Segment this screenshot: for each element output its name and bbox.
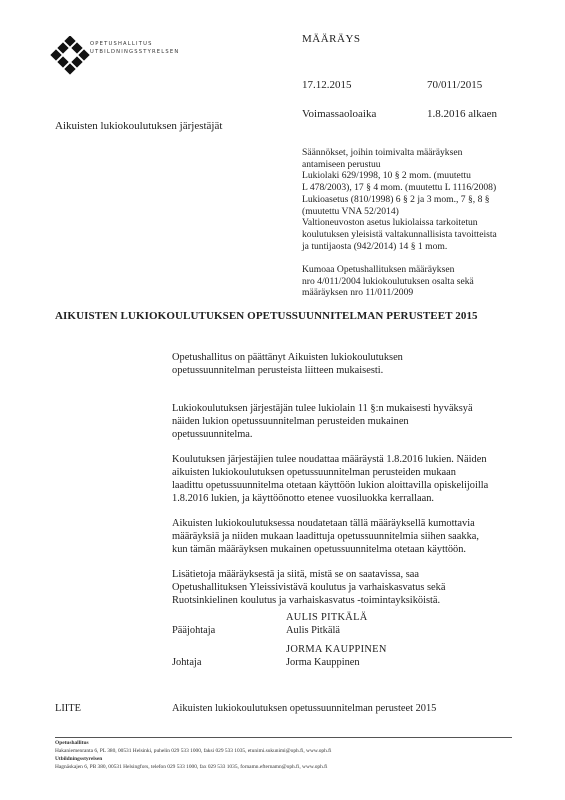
footer: Opetushallitus Hakaniemenranta 6, PL 380… [55,739,331,771]
legal-line: Säännökset, joihin toimivalta määräyksen [302,147,497,159]
legal-line: (muutettu VNA 52/2014) [302,206,497,218]
legal-line: Lukiolaki 629/1998, 10 § 2 mom. (muutett… [302,170,497,182]
recipient: Aikuisten lukiokoulutuksen järjestäjät [55,120,222,132]
attachment-label: LIITE [55,703,81,714]
organization-name-fi: OPETUSHALLITUS [90,40,179,48]
paragraph-line: kun tämän määräyksen mukainen opetussuun… [172,544,532,557]
paragraph-line: määräyksiä ja niiden mukaan laadittuja o… [172,531,532,544]
legal-line: koulutuksen yleisistä valtakunnallisista… [302,229,497,241]
legal-line: Valtioneuvoston asetus lukiolaissa tarko… [302,217,497,229]
diamond-grid-logo-icon [50,36,90,76]
repeal-line: määräyksen nro 11/011/2009 [302,287,497,299]
paragraph-line: Opetushallituksen Yleissivistävä koulutu… [172,582,532,595]
document-type: MÄÄRÄYS [302,33,361,45]
validity-value: 1.8.2016 alkaen [427,108,497,120]
footer-address-fi: Hakaniemenranta 6, PL 380, 00531 Helsink… [55,747,331,755]
paragraph: Aikuisten lukiokoulutuksessa noudatetaan… [172,518,532,556]
signature-name: Jorma Kauppinen [286,657,360,668]
organization-name: OPETUSHALLITUS UTBILDNINGSSTYRELSEN [90,40,179,56]
repeal-line: nro 4/011/2004 lukiokoulutuksen osalta s… [302,276,497,288]
paragraph-line: opetussuunnitelman perusteista liitteen … [172,365,532,378]
footer-address-sv: Hagnäskajen 6, PB 380, 00531 Helsingfors… [55,763,331,771]
signature-name: Aulis Pitkälä [286,625,340,636]
footer-org-fi: Opetushallitus [55,739,331,747]
signature-name-caps: JORMA KAUPPINEN [286,644,387,655]
attachment-title: Aikuisten lukiokoulutuksen opetussuunnit… [172,703,436,714]
body-text: Opetushallitus on päättänyt Aikuisten lu… [172,339,532,608]
legal-line: L 478/2003), 17 § 4 mom. (muutettu L 111… [302,182,497,194]
paragraph-line: aikuisten lukiokoulutuksen opetussuunnit… [172,467,532,480]
paragraph-line: laadittu opetussuunnitelma otetaan käytt… [172,480,532,493]
legal-line: Lukioasetus (810/1998) 6 § 2 ja 3 mom., … [302,194,497,206]
repeal-line: Kumoaa Opetushallituksen määräyksen [302,264,497,276]
paragraph-line: 1.8.2016 lukien, ja käyttöönotto etenee … [172,493,532,506]
document-number: 70/011/2015 [427,79,482,91]
footer-org-sv: Utbildningsstyrelsen [55,755,331,763]
document-date: 17.12.2015 [302,79,352,91]
paragraph-line: Ruotsinkielinen koulutus ja varhaiskasva… [172,595,532,608]
footer-divider [55,737,512,738]
legal-line: ja tuntijaosta (942/2014) 14 § 1 mom. [302,241,497,253]
paragraph: Lisätietoja määräyksestä ja siitä, mistä… [172,569,532,607]
signature-name-caps: AULIS PITKÄLÄ [286,612,368,623]
legal-line: antamiseen perustuu [302,159,497,171]
paragraph-line: Lisätietoja määräyksestä ja siitä, mistä… [172,569,532,582]
validity-label: Voimassaoloaika [302,108,376,120]
signature-role: Johtaja [172,657,201,668]
signature-role: Pääjohtaja [172,625,215,636]
legal-basis: Säännökset, joihin toimivalta määräyksen… [302,147,497,299]
paragraph: Lukiokoulutuksen järjestäjän tulee lukio… [172,403,532,441]
organization-name-sv: UTBILDNINGSSTYRELSEN [90,48,179,56]
paragraph-line: Koulutuksen järjestäjien tulee noudattaa… [172,454,532,467]
paragraph: Koulutuksen järjestäjien tulee noudattaa… [172,454,532,505]
paragraph-line: Aikuisten lukiokoulutuksessa noudatetaan… [172,518,532,531]
paragraph-line: näiden lukion opetussuunnitelman peruste… [172,416,532,429]
paragraph-line: Opetushallitus on päättänyt Aikuisten lu… [172,352,532,365]
paragraph-line: opetussuunnitelma. [172,429,532,442]
main-heading: AIKUISTEN LUKIOKOULUTUKSEN OPETUSSUUNNIT… [55,310,478,322]
paragraph-line: Lukiokoulutuksen järjestäjän tulee lukio… [172,403,532,416]
